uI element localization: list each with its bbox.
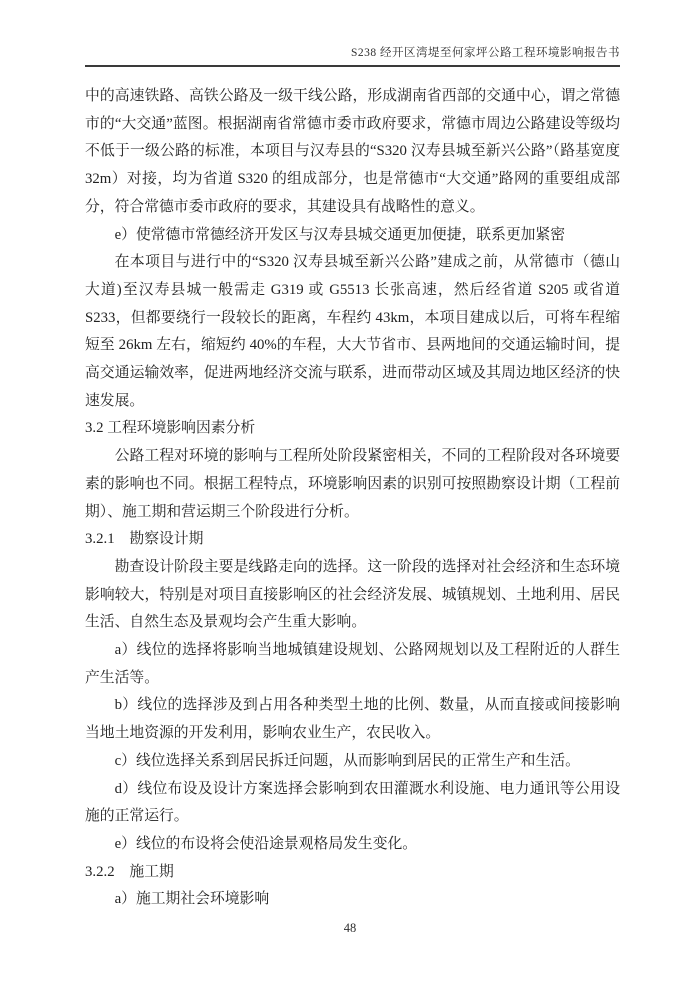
page-footer: 48	[0, 921, 700, 936]
list-item-d-utilities: d）线位布设及设计方案选择会影响到农田灌溉水利设施、电力通讯等公用设施的正常运行…	[85, 776, 620, 831]
list-item-b-land-use: b）线位的选择涉及到占用各种类型土地的比例、数量，从而直接或间接影响当地土地资源…	[85, 692, 620, 747]
document-page: { "page": { "header_title": "S238 经开区湾堤至…	[0, 0, 700, 990]
page-number: 48	[344, 921, 357, 935]
report-header-title: S238 经开区湾堤至何家坪公路工程环境影响报告书	[351, 47, 620, 59]
section-heading-3-2-2: 3.2.2 施工期	[85, 859, 620, 887]
list-item-e-landscape: e）线位的布设将会使沿途景观格局发生变化。	[85, 831, 620, 859]
paragraph-impact-overview: 公路工程对环境的影响与工程所处阶段紧密相关，不同的工程阶段对各环境要素的影响也不…	[85, 443, 620, 526]
list-item-a-construction-social: a）施工期社会环境影响	[85, 886, 620, 914]
section-heading-3-2: 3.2 工程环境影响因素分析	[85, 415, 620, 443]
list-item-a-planning: a）线位的选择将影响当地城镇建设规划、公路网规划以及工程附近的人群生产生活等。	[85, 637, 620, 692]
document-body: 中的高速铁路、高铁公路及一级干线公路，形成湖南省西部的交通中心，谓之常德市的“大…	[85, 83, 620, 914]
list-item-e-benefit: e）使常德市常德经济开发区与汉寿县城交通更加便捷，联系更加紧密	[85, 222, 620, 250]
list-item-c-relocation: c）线位选择关系到居民拆迁问题，从而影响到居民的正常生产和生活。	[85, 748, 620, 776]
page-header: S238 经开区湾堤至何家坪公路工程环境影响报告书	[85, 44, 620, 67]
section-heading-3-2-1: 3.2.1 勘察设计期	[85, 526, 620, 554]
paragraph-route-comparison: 在本项目与进行中的“S320 汉寿县城至新兴公路”建成之前，从常德市（德山大道)…	[85, 249, 620, 415]
paragraph-continued: 中的高速铁路、高铁公路及一级干线公路，形成湖南省西部的交通中心，谓之常德市的“大…	[85, 83, 620, 222]
paragraph-design-stage: 勘查设计阶段主要是线路走向的选择。这一阶段的选择对社会经济和生态环境影响较大，特…	[85, 554, 620, 637]
